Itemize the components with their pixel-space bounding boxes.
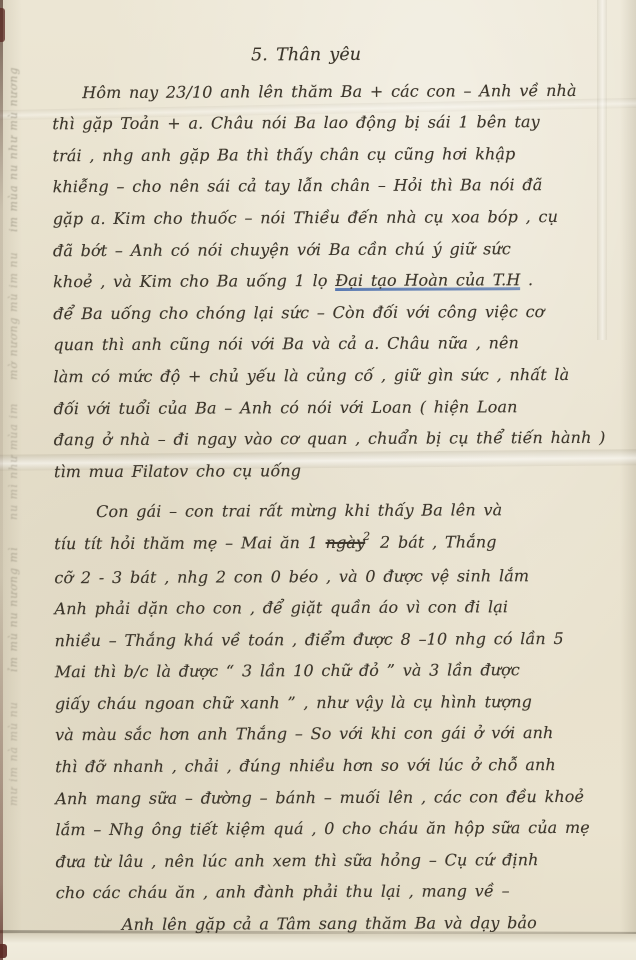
line-segment: khoẻ , và Kim cho Ba uống 1 lọ	[53, 271, 335, 291]
letter-line-with-underline: khoẻ , và Kim cho Ba uống 1 lọ Đại tạo H…	[53, 264, 609, 298]
letter-line: giấy cháu ngoan chữ xanh ” , như vậy là …	[55, 686, 611, 720]
letter-line: Anh mang sữa – đường – bánh – muối lên ,…	[55, 780, 611, 814]
struck-word: ngày	[326, 533, 366, 552]
red-edge-mark-top	[0, 8, 5, 42]
line-segment: 2 bát , Thắng	[372, 532, 496, 552]
letter-line: làm có mức độ + chủ yếu là củng cố , giữ…	[53, 359, 609, 393]
letter-line: quan thì anh cũng nói với Ba và cả a. Ch…	[53, 327, 609, 361]
letter-line: đối với tuổi của Ba – Anh có nói với Loa…	[54, 390, 610, 424]
red-edge-mark-bottom	[0, 944, 7, 958]
letter-line: cho các cháu ăn , anh đành phải thu lại …	[56, 875, 612, 909]
margin-bleedthrough-text: mờ nương mù im nu	[8, 251, 20, 380]
letter-line: đã bớt – Anh có nói chuyện với Ba cần ch…	[53, 232, 609, 266]
line-segment: .	[520, 270, 533, 289]
letter-line: khiễng – cho nên sái cả tay lẫn chân – H…	[53, 169, 609, 203]
letter-line-with-correction: tíu tít hỏi thăm mẹ – Mai ăn 1 ngày2 2 b…	[54, 526, 610, 562]
superscript-correction: 2	[363, 530, 370, 543]
margin-bleedthrough-text: im mùa nu như mù nương	[8, 67, 20, 232]
letter-line: đang ở nhà – đi ngay vào cơ quan , chuẩn…	[54, 422, 610, 456]
letter-body: 5. Thân yêu Hôm nay 23/10 anh lên thăm B…	[52, 39, 612, 941]
letter-line: Hôm nay 23/10 anh lên thăm Ba + các con …	[52, 74, 608, 108]
margin-bleedthrough-text: ỉm mù nu nương mì	[8, 547, 20, 673]
letter-line: để Ba uống cho chóng lại sức – Còn đối v…	[53, 296, 609, 330]
letter-line: và màu sắc hơn anh Thắng – So với khi co…	[55, 717, 611, 751]
letter-line: Con gái – con trai rất mừng khi thấy Ba …	[54, 494, 610, 528]
letter-line: cỡ 2 - 3 bát , nhg 2 con 0 béo , và 0 đư…	[54, 559, 610, 593]
letter-line: gặp a. Kim cho thuốc – nói Thiều đến nhà…	[53, 201, 609, 235]
letter-line: Anh phải dặn cho con , để giặt quần áo v…	[54, 591, 610, 625]
letter-line: tìm mua Filatov cho cụ uống	[54, 454, 610, 488]
line-segment: tíu tít hỏi thăm mẹ – Mai ăn 1	[54, 533, 325, 553]
backing-sheet	[0, 934, 636, 960]
margin-bleedthrough-text: nu mì như mùa im	[8, 403, 20, 520]
blue-underlined-phrase: Đại tạo Hoàn của T.H	[335, 270, 520, 292]
letter-line: thì đỡ nhanh , chải , đúng nhiều hơn so …	[55, 749, 611, 783]
letter-line: thì gặp Toản + a. Châu nói Ba lao động b…	[52, 106, 608, 140]
letter-line: đưa từ lâu , nên lúc anh xem thì sữa hỏn…	[56, 844, 612, 878]
letter-scan: im mùa nu như mù nương mờ nương mù im nu…	[0, 0, 636, 960]
letter-line: nhiều – Thắng khá về toán , điểm được 8 …	[55, 622, 611, 656]
letter-line: lắm – Nhg ông tiết kiệm quá , 0 cho cháu…	[55, 812, 611, 846]
letter-heading: 5. Thân yêu	[52, 39, 608, 73]
letter-line: Mai thì b/c là được “ 3 lần 10 chữ đỏ ” …	[55, 654, 611, 688]
margin-bleedthrough-text: mư im nà mù nu	[8, 701, 20, 806]
scan-left-edge	[0, 0, 3, 960]
letter-line: trái , nhg anh gặp Ba thì thấy chân cụ c…	[52, 138, 608, 172]
